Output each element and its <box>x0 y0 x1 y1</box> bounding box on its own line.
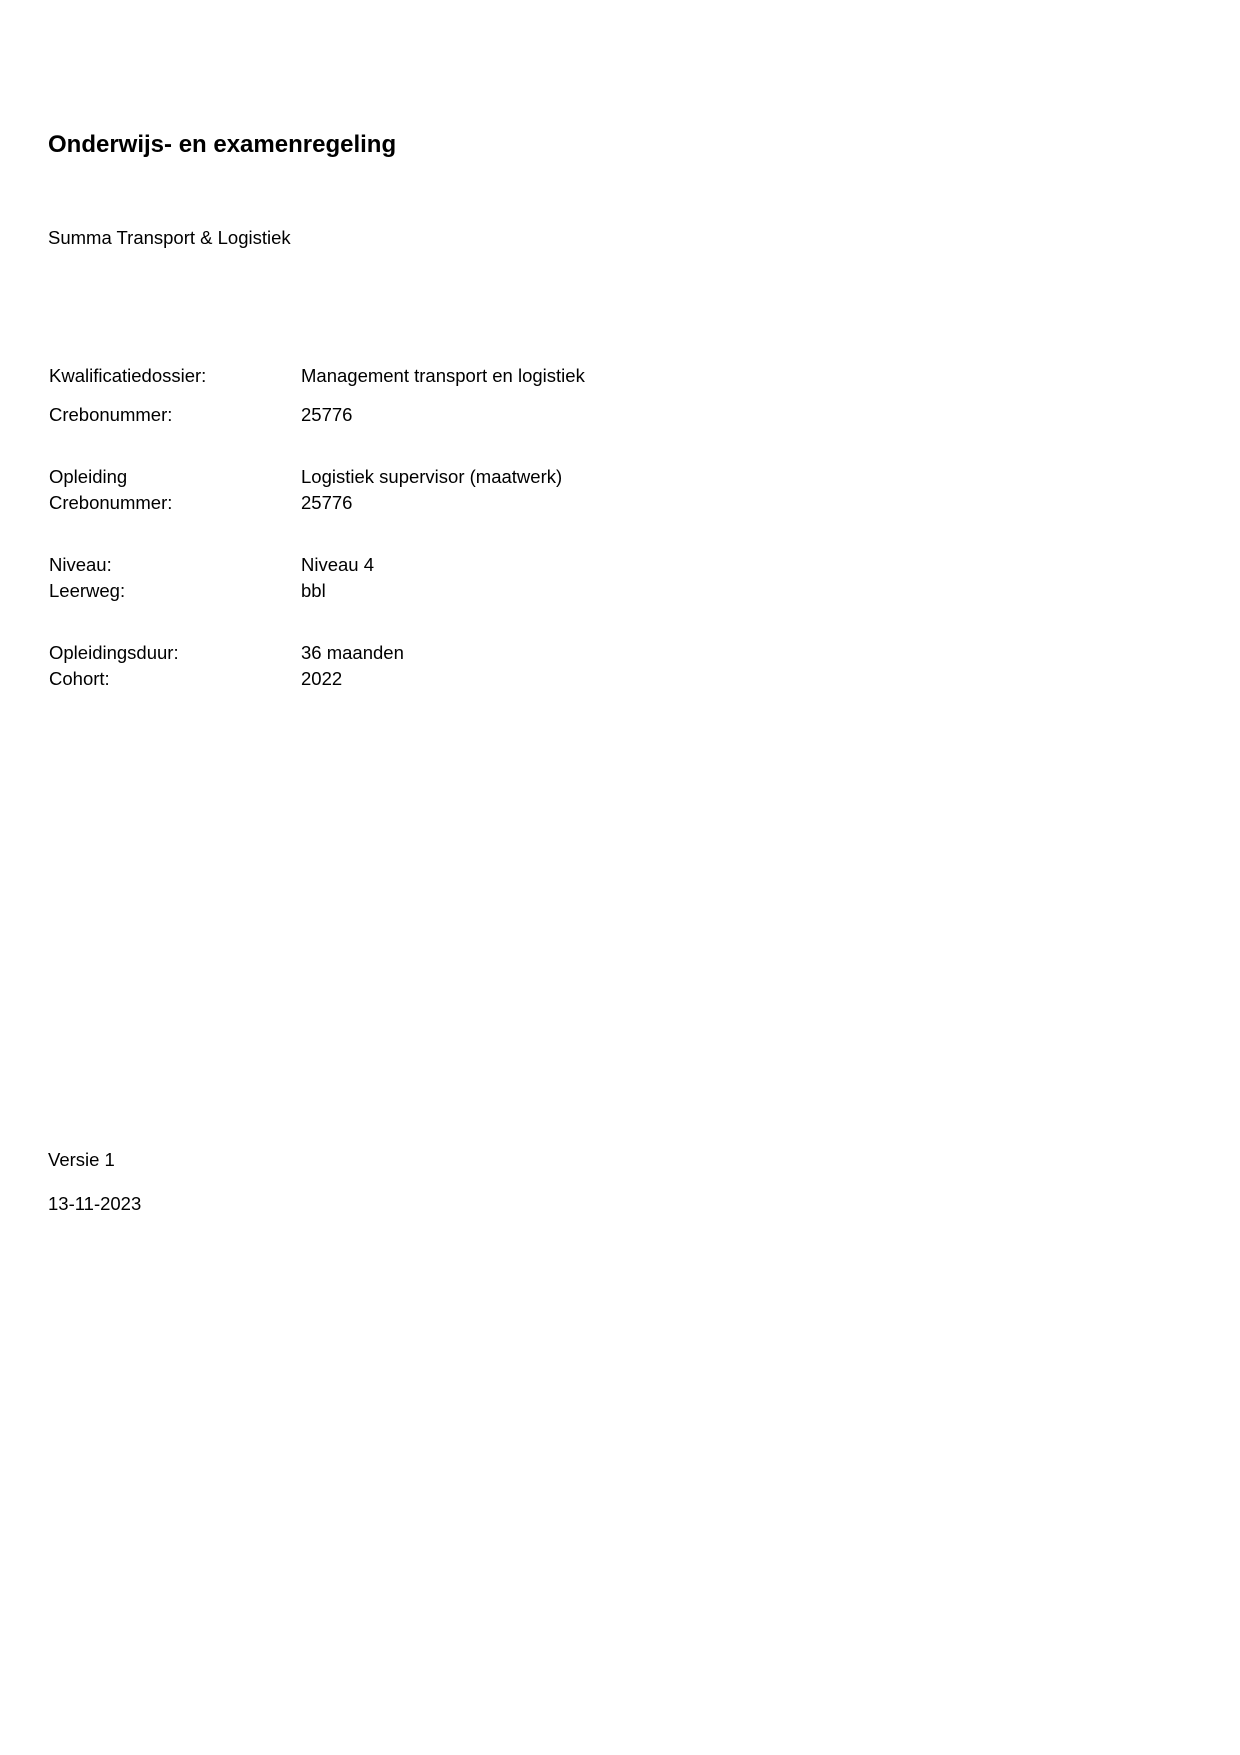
info-row-niveau: Niveau: Niveau 4 <box>49 552 601 578</box>
document-date: 13-11-2023 <box>48 1192 141 1216</box>
info-label: Leerweg: <box>49 578 301 604</box>
page-title: Onderwijs- en examenregeling <box>48 130 396 160</box>
info-value: 2022 <box>301 666 601 692</box>
info-value: bbl <box>301 578 601 604</box>
info-row-opleiding: Opleiding Logistiek supervisor (maatwerk… <box>49 464 601 490</box>
group-spacer <box>49 428 601 464</box>
info-label: Crebonummer: <box>49 402 301 428</box>
info-row-leerweg: Leerweg: bbl <box>49 578 601 604</box>
info-label: Opleiding <box>49 464 301 490</box>
info-row-opleidingsduur: Opleidingsduur: 36 maanden <box>49 640 601 666</box>
info-label: Niveau: <box>49 552 301 578</box>
info-row-kwalificatiedossier: Kwalificatiedossier: Management transpor… <box>49 350 601 402</box>
info-label: Kwalificatiedossier: <box>49 363 301 389</box>
group-spacer <box>49 604 601 640</box>
info-value: Niveau 4 <box>301 552 601 578</box>
info-row-cohort: Cohort: 2022 <box>49 666 601 692</box>
info-label: Opleidingsduur: <box>49 640 301 666</box>
info-row-crebonummer-opleiding: Crebonummer: 25776 <box>49 490 601 516</box>
info-value: 25776 <box>301 402 601 428</box>
info-value: 36 maanden <box>301 640 601 666</box>
info-value: Logistiek supervisor (maatwerk) <box>301 464 601 490</box>
program-info-table: Kwalificatiedossier: Management transpor… <box>49 350 601 692</box>
info-value: 25776 <box>301 490 601 516</box>
info-value: Management transport en logistiek <box>301 363 601 389</box>
info-label: Cohort: <box>49 666 301 692</box>
institution-name: Summa Transport & Logistiek <box>48 226 291 250</box>
group-spacer <box>49 516 601 552</box>
info-label: Crebonummer: <box>49 490 301 516</box>
info-row-crebonummer-dossier: Crebonummer: 25776 <box>49 402 601 428</box>
version-label: Versie 1 <box>48 1148 115 1172</box>
